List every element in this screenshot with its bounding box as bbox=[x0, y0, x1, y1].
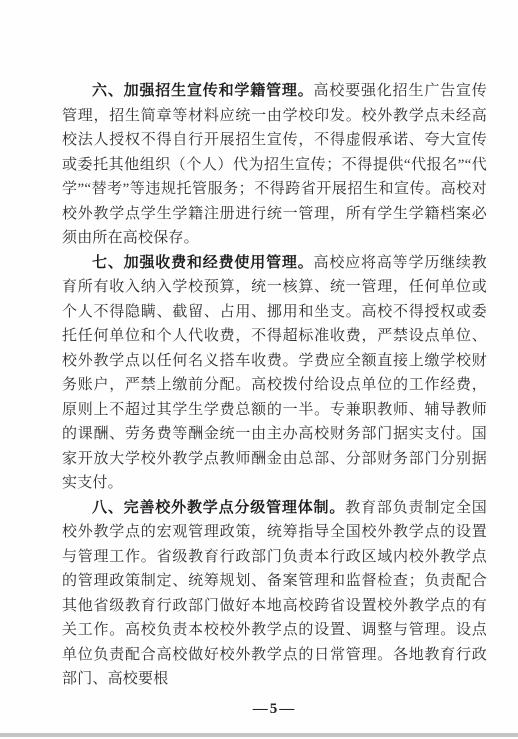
section-6-heading: 六、加强招生宣传和学籍管理。 bbox=[92, 82, 314, 99]
document-page: 六、加强招生宣传和学籍管理。高校要强化招生广告宣传管理，招生简章等材料应统一由学… bbox=[0, 0, 518, 739]
section-8-body: 教育部负责制定全国校外教学点的宏观管理政策，统筹指导全国校外教学点的设置与管理工… bbox=[62, 500, 487, 688]
page-number: —5— bbox=[62, 697, 487, 722]
section-7-body: 高校应将高等学历继续教育所有收入纳入学校预算，统一核算、统一管理，任何单位或个人… bbox=[62, 255, 487, 492]
paragraph-section-6: 六、加强招生宣传和学籍管理。高校要强化招生广告宣传管理，招生简章等材料应统一由学… bbox=[62, 79, 487, 251]
section-7-heading: 七、加强收费和经费使用管理。 bbox=[92, 254, 314, 271]
section-6-body: 高校要强化招生广告宣传管理，招生简章等材料应统一由学校印发。校外教学点未经高校法… bbox=[62, 83, 487, 246]
section-8-heading: 八、完善校外教学点分级管理体制。 bbox=[92, 499, 345, 516]
scan-edge-line bbox=[0, 733, 518, 737]
paragraph-section-7: 七、加强收费和经费使用管理。高校应将高等学历继续教育所有收入纳入学校预算，统一核… bbox=[62, 251, 487, 496]
text-content: 六、加强招生宣传和学籍管理。高校要强化招生广告宣传管理，招生简章等材料应统一由学… bbox=[62, 79, 487, 721]
paragraph-section-8: 八、完善校外教学点分级管理体制。教育部负责制定全国校外教学点的宏观管理政策，统筹… bbox=[62, 496, 487, 692]
